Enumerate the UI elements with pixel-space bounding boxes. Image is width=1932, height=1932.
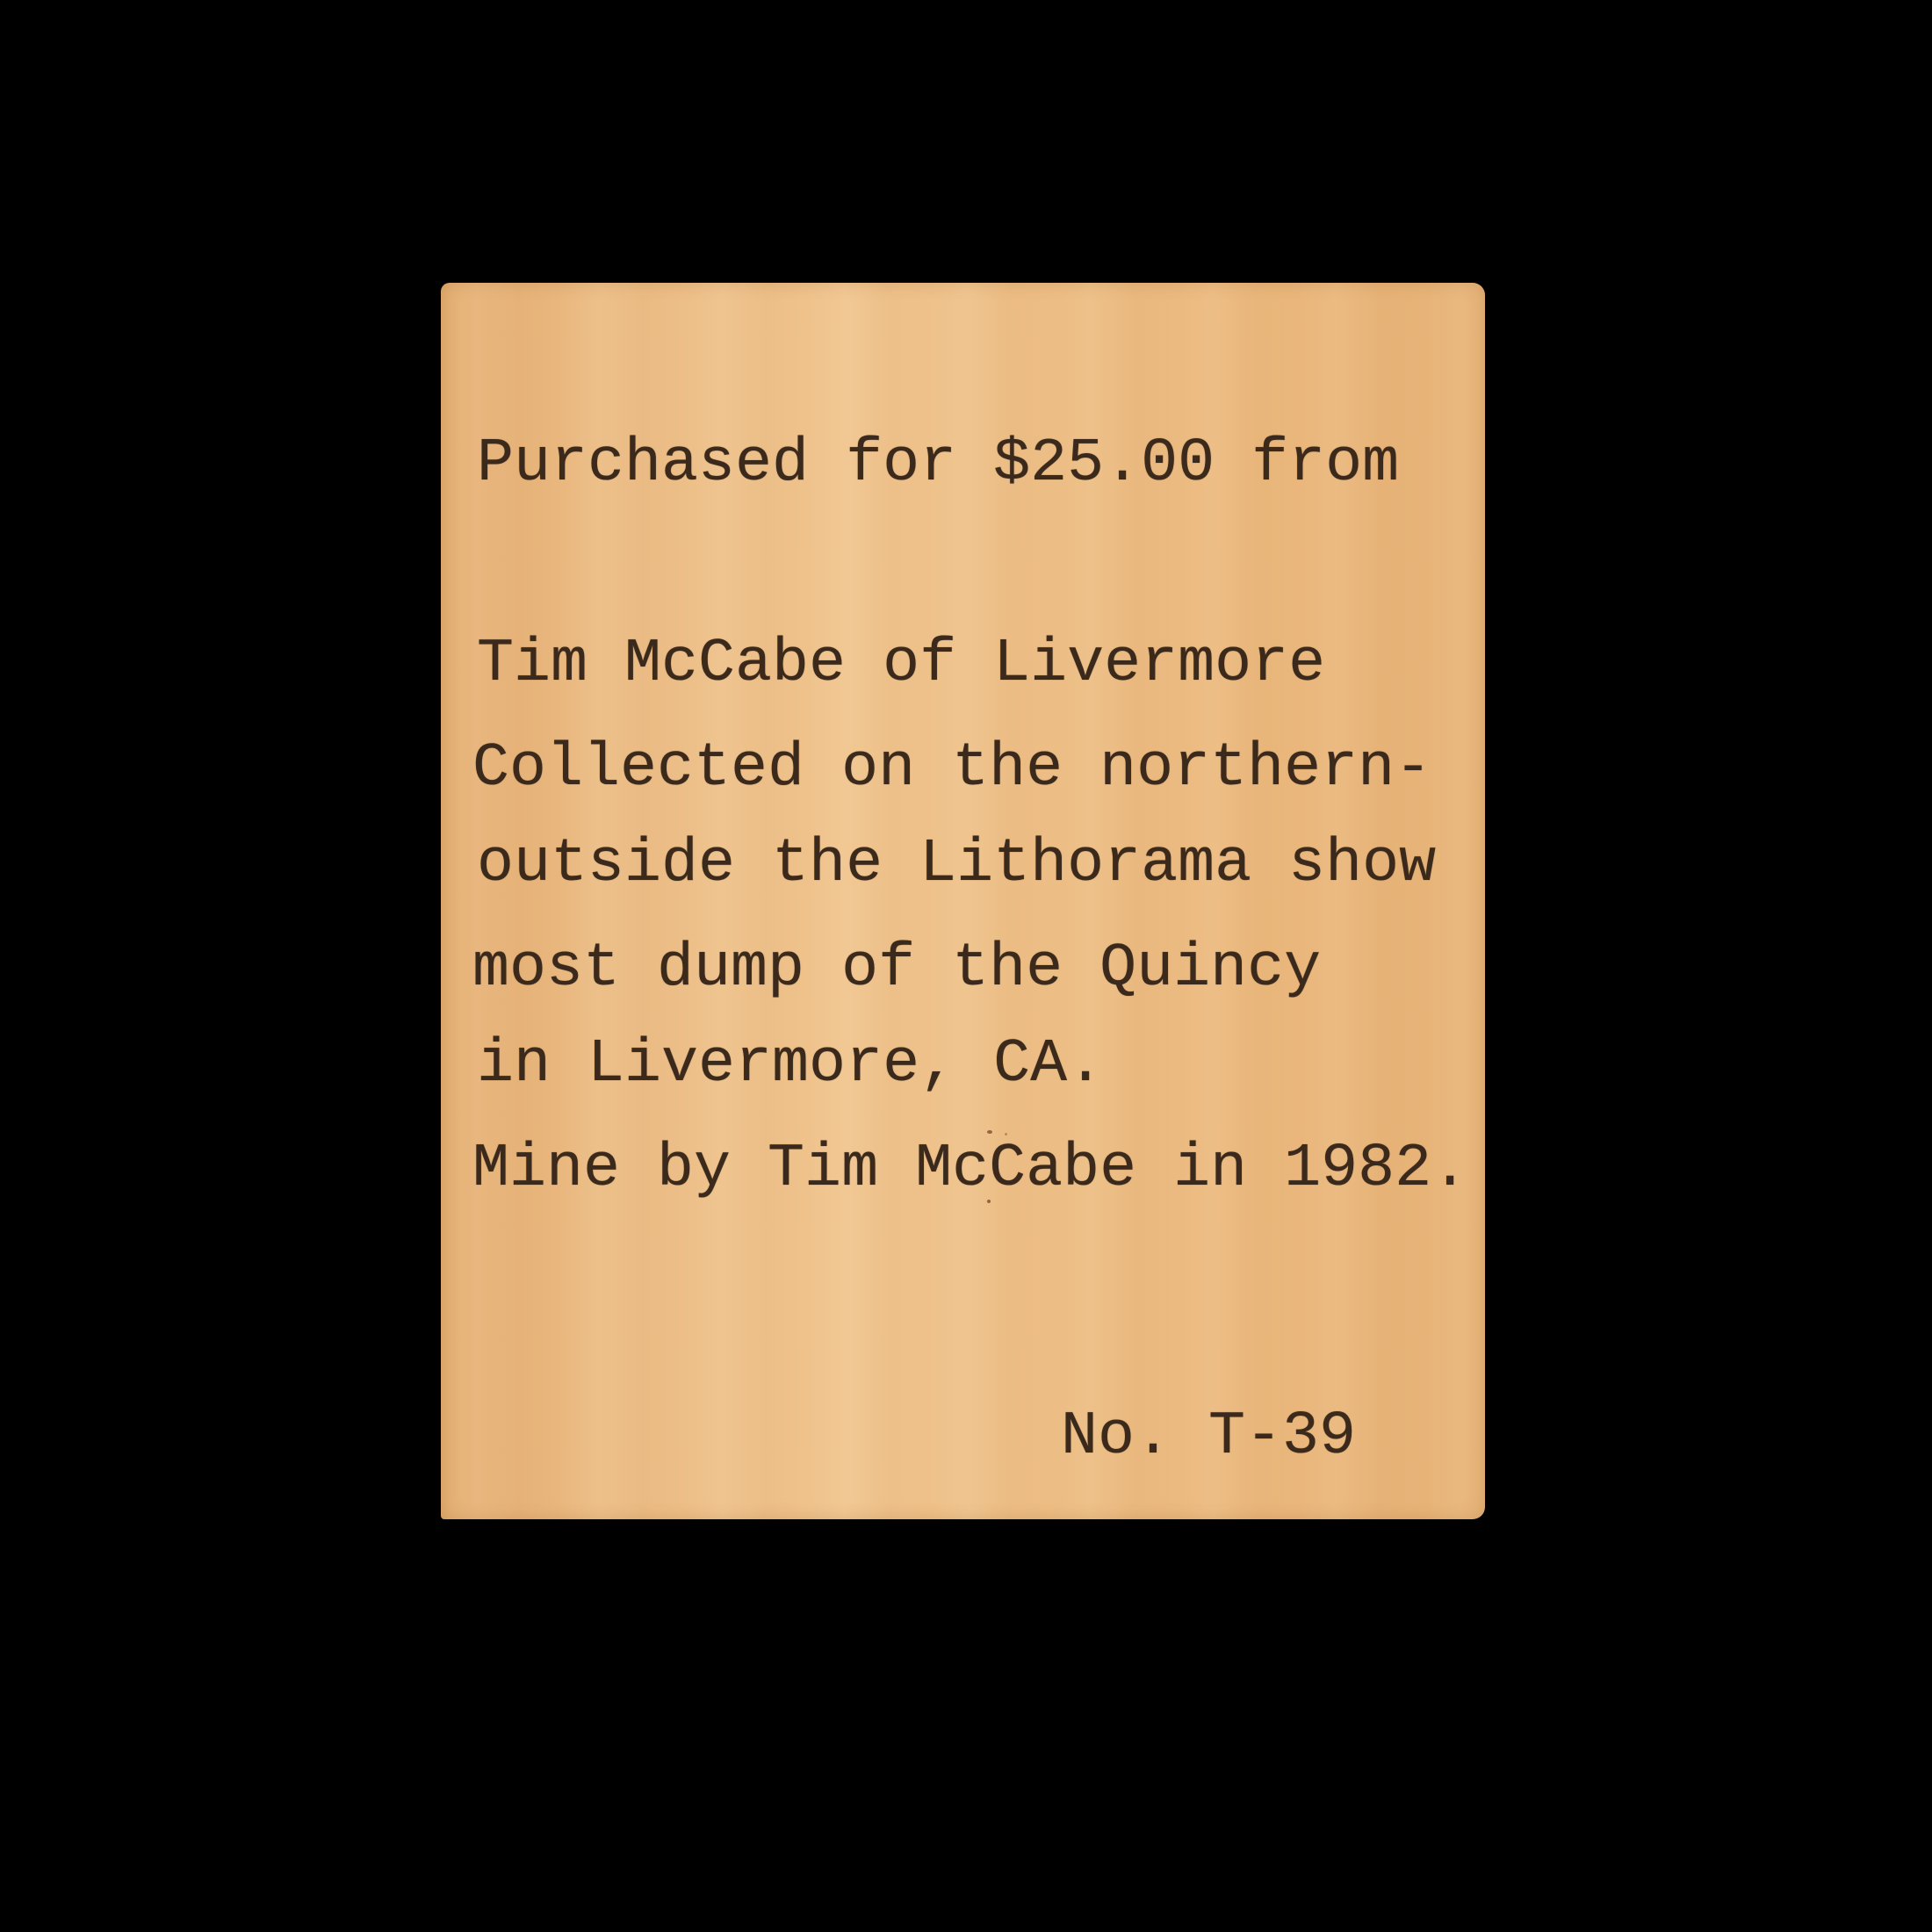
- paper-speck: [987, 1200, 991, 1203]
- catalog-number: No. T-39: [1061, 1404, 1356, 1471]
- purchase-note-line: Purchased for $25.00 from: [477, 431, 1436, 498]
- collection-note-line: Mine by Tim McCabe in 1982.: [472, 1136, 1468, 1203]
- collection-note: Collected on the northern- most dump of …: [472, 602, 1468, 1270]
- collection-note-line: Collected on the northern-: [472, 736, 1468, 803]
- paper-speck: [1005, 1133, 1007, 1135]
- paper-speck: [987, 1130, 992, 1134]
- collection-note-line: most dump of the Quincy: [472, 936, 1468, 1003]
